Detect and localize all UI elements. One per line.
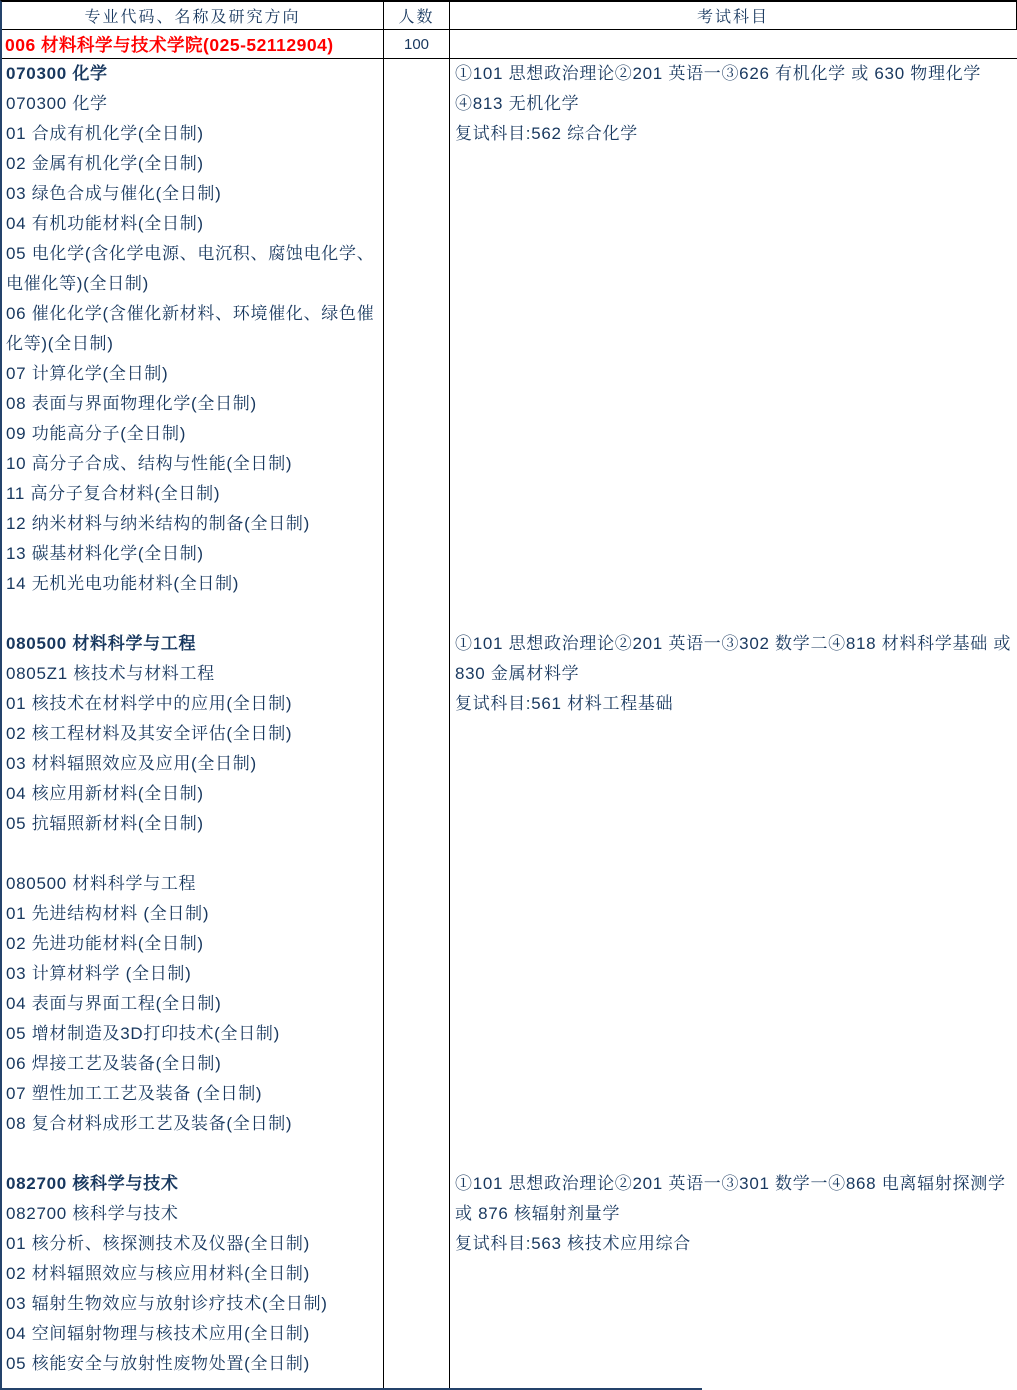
program-line: 07 计算化学(全日制) <box>2 359 383 389</box>
exam-line: ①101 思想政治理论②201 英语一③626 有机化学 或 630 物理化学 <box>450 59 1017 89</box>
program-line <box>2 1139 383 1169</box>
program-line: 电催化等)(全日制) <box>2 269 383 299</box>
exam-line: 复试科目:561 材料工程基础 <box>450 689 1017 719</box>
exam-line: 或 876 核辐射剂量学 <box>450 1199 1017 1229</box>
program-heading: 082700 核科学与技术 <box>2 1169 383 1199</box>
program-cell-0: 070300 化学070300 化学01 合成有机化学(全日制)02 金属有机化… <box>2 59 384 629</box>
program-line: 06 焊接工艺及装备(全日制) <box>2 1049 383 1079</box>
program-line: 03 辐射生物效应与放射诊疗技术(全日制) <box>2 1289 383 1319</box>
program-line: 01 合成有机化学(全日制) <box>2 119 383 149</box>
admissions-document-page: 专业代码、名称及研究方向 人数 考试科目 006 材料科学与技术学院(025-5… <box>0 0 1017 1390</box>
program-line: 02 材料辐照效应与核应用材料(全日制) <box>2 1259 383 1289</box>
program-line <box>2 839 383 869</box>
program-line: 070300 化学 <box>2 89 383 119</box>
program-line: 08 复合材料成形工艺及装备(全日制) <box>2 1109 383 1139</box>
program-cell-2: 082700 核科学与技术082700 核科学与技术01 核分析、核探测技术及仪… <box>2 1169 384 1390</box>
count-cell-1 <box>384 629 450 1169</box>
exam-line: ①101 思想政治理论②201 英语一③302 数学二④818 材料科学基础 或 <box>450 629 1017 659</box>
program-line: 04 表面与界面工程(全日制) <box>2 989 383 1019</box>
header-count-column: 人数 <box>384 2 450 30</box>
program-line: 02 核工程材料及其安全评估(全日制) <box>2 719 383 749</box>
program-line: 01 核技术在材料学中的应用(全日制) <box>2 689 383 719</box>
program-line: 082700 核科学与技术 <box>2 1199 383 1229</box>
program-line: 080500 材料科学与工程 <box>2 869 383 899</box>
program-line: 13 碳基材料化学(全日制) <box>2 539 383 569</box>
exam-line: 830 金属材料学 <box>450 659 1017 689</box>
program-line: 化等)(全日制) <box>2 329 383 359</box>
program-line: 03 计算材料学 (全日制) <box>2 959 383 989</box>
program-line: 05 核能安全与放射性废物处置(全日制) <box>2 1349 383 1379</box>
college-exam-cell <box>450 30 1017 59</box>
program-line: 06 催化化学(含催化新材料、环境催化、绿色催 <box>2 299 383 329</box>
program-line: 0805Z1 核技术与材料工程 <box>2 659 383 689</box>
program-line: 12 纳米材料与纳米结构的制备(全日制) <box>2 509 383 539</box>
program-line: 11 高分子复合材料(全日制) <box>2 479 383 509</box>
program-line: 04 空间辐射物理与核技术应用(全日制) <box>2 1319 383 1349</box>
program-line: 01 核分析、核探测技术及仪器(全日制) <box>2 1229 383 1259</box>
program-line: 04 核应用新材料(全日制) <box>2 779 383 809</box>
program-line: 10 高分子合成、结构与性能(全日制) <box>2 449 383 479</box>
exam-line: 复试科目:562 综合化学 <box>450 119 1017 149</box>
program-line: 04 有机功能材料(全日制) <box>2 209 383 239</box>
admissions-table: 专业代码、名称及研究方向 人数 考试科目 006 材料科学与技术学院(025-5… <box>2 2 1017 1390</box>
program-line: 14 无机光电功能材料(全日制) <box>2 569 383 599</box>
exam-cell-1: ①101 思想政治理论②201 英语一③302 数学二④818 材料科学基础 或… <box>450 629 1017 1169</box>
program-line: 07 塑性加工工艺及装备 (全日制) <box>2 1079 383 1109</box>
program-line: 02 先进功能材料(全日制) <box>2 929 383 959</box>
program-line: 09 功能高分子(全日制) <box>2 419 383 449</box>
program-cell-1: 080500 材料科学与工程0805Z1 核技术与材料工程01 核技术在材料学中… <box>2 629 384 1169</box>
count-cell-2 <box>384 1169 450 1390</box>
college-count-cell: 100 <box>384 30 450 59</box>
program-line: 01 先进结构材料 (全日制) <box>2 899 383 929</box>
program-heading: 080500 材料科学与工程 <box>2 629 383 659</box>
header-major-column: 专业代码、名称及研究方向 <box>2 2 384 30</box>
program-line: 08 表面与界面物理化学(全日制) <box>2 389 383 419</box>
exam-line: 复试科目:563 核技术应用综合 <box>450 1229 1017 1259</box>
program-line: 05 增材制造及3D打印技术(全日制) <box>2 1019 383 1049</box>
exam-line: ④813 无机化学 <box>450 89 1017 119</box>
exam-cell-2: ①101 思想政治理论②201 英语一③301 数学一④868 电离辐射探测学或… <box>450 1169 1017 1390</box>
college-name-cell: 006 材料科学与技术学院(025-52112904) <box>2 30 384 59</box>
exam-cell-0: ①101 思想政治理论②201 英语一③626 有机化学 或 630 物理化学④… <box>450 59 1017 629</box>
program-line: 05 抗辐照新材料(全日制) <box>2 809 383 839</box>
exam-line: ①101 思想政治理论②201 英语一③301 数学一④868 电离辐射探测学 <box>450 1169 1017 1199</box>
program-heading: 070300 化学 <box>2 59 383 89</box>
program-line: 05 电化学(含化学电源、电沉积、腐蚀电化学、 <box>2 239 383 269</box>
header-exam-column: 考试科目 <box>450 2 1017 30</box>
count-cell-0 <box>384 59 450 629</box>
program-line: 03 材料辐照效应及应用(全日制) <box>2 749 383 779</box>
program-line <box>2 599 383 629</box>
program-line: 02 金属有机化学(全日制) <box>2 149 383 179</box>
program-line: 03 绿色合成与催化(全日制) <box>2 179 383 209</box>
